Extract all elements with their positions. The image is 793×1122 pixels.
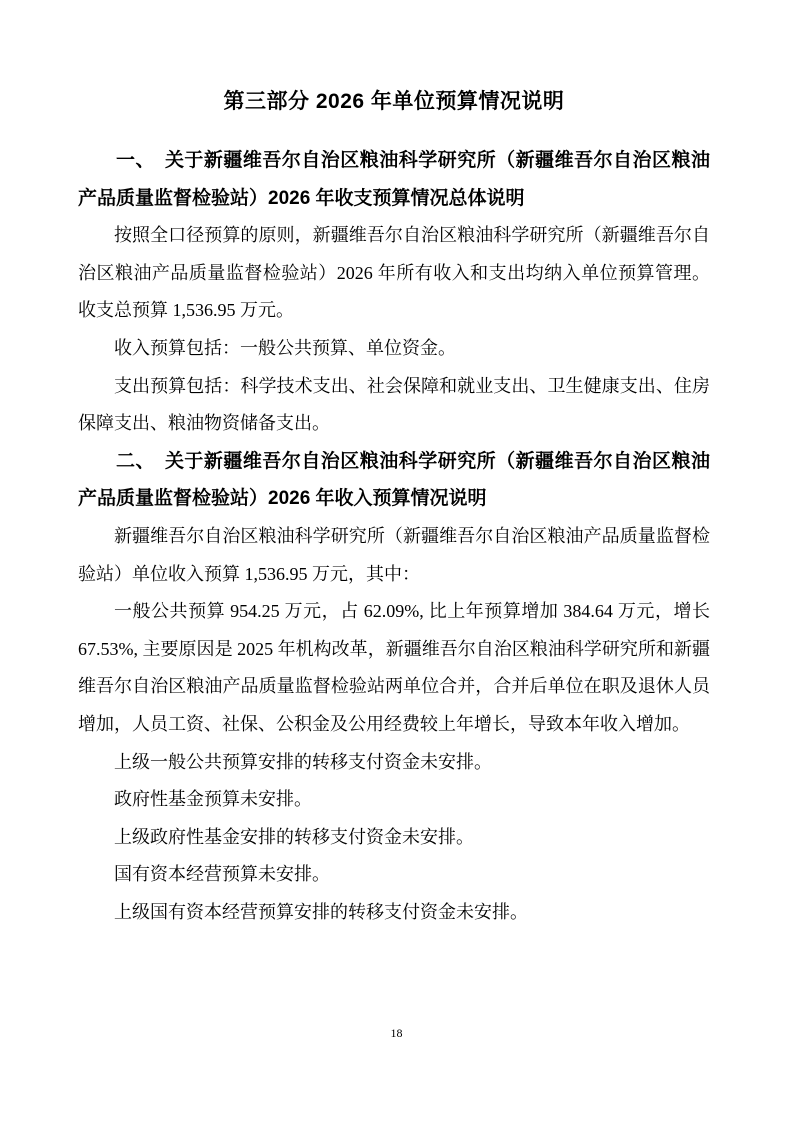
page-number: 18: [0, 1026, 793, 1041]
section-1-paragraph-overall-budget: 按照全口径预算的原则，新疆维吾尔自治区粮油科学研究所（新疆维吾尔自治区粮油产品质…: [78, 217, 710, 330]
section-1-paragraph-expenditure-scope: 支出预算包括：科学技术支出、社会保障和就业支出、卫生健康支出、住房保障支出、粮油…: [78, 368, 710, 443]
document-page: 第三部分 2026 年单位预算情况说明 一、 关于新疆维吾尔自治区粮油科学研究所…: [0, 0, 793, 1122]
section-2-paragraph-gov-fund: 政府性基金预算未安排。: [78, 781, 710, 819]
section-2-paragraph-state-capital-transfer: 上级国有资本经营预算安排的转移支付资金未安排。: [78, 894, 710, 932]
section-2-paragraph-state-capital: 国有资本经营预算未安排。: [78, 856, 710, 894]
section-2-paragraph-gov-fund-transfer: 上级政府性基金安排的转移支付资金未安排。: [78, 819, 710, 857]
section-2-heading: 二、 关于新疆维吾尔自治区粮油科学研究所（新疆维吾尔自治区粮油产品质量监督检验站…: [78, 443, 710, 518]
document-content: 第三部分 2026 年单位预算情况说明 一、 关于新疆维吾尔自治区粮油科学研究所…: [78, 86, 710, 931]
section-1-heading: 一、 关于新疆维吾尔自治区粮油科学研究所（新疆维吾尔自治区粮油产品质量监督检验站…: [78, 142, 710, 217]
section-2-paragraph-public-budget-detail: 一般公共预算 954.25 万元，占 62.09%, 比上年预算增加 384.6…: [78, 593, 710, 743]
section-2-paragraph-income-total: 新疆维吾尔自治区粮油科学研究所（新疆维吾尔自治区粮油产品质量监督检验站）单位收入…: [78, 518, 710, 593]
section-1-paragraph-revenue-scope: 收入预算包括：一般公共预算、单位资金。: [78, 330, 710, 368]
section-2-paragraph-transfer-payment: 上级一般公共预算安排的转移支付资金未安排。: [78, 744, 710, 782]
page-title: 第三部分 2026 年单位预算情况说明: [78, 86, 710, 118]
